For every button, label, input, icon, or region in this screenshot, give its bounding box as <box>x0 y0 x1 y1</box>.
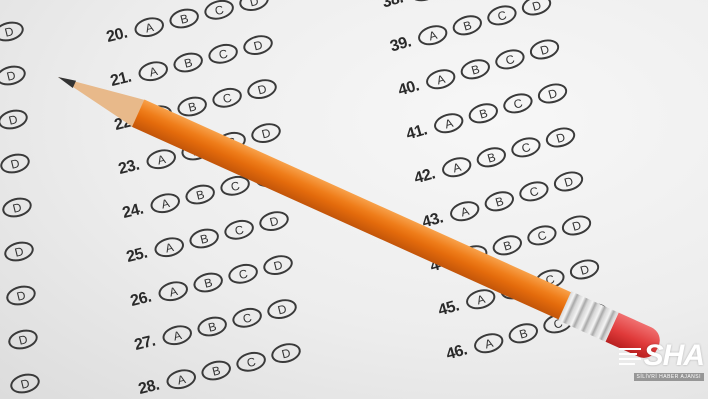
answer-bubble-c[interactable]: C <box>206 41 240 67</box>
answer-bubble-a[interactable]: A <box>164 366 198 392</box>
question-number: 23. <box>102 156 141 182</box>
speed-lines-icon <box>619 348 641 365</box>
answer-bubble-c[interactable]: C <box>509 134 543 161</box>
answer-bubble-d[interactable]: D <box>249 120 283 146</box>
answer-bubble-b[interactable]: B <box>171 50 205 76</box>
answer-bubble-d[interactable]: D <box>0 63 28 89</box>
answer-bubble-c[interactable]: C <box>485 2 519 29</box>
question-number: 39. <box>374 33 414 60</box>
answer-bubble-b[interactable]: B <box>466 100 500 127</box>
answer-bubble-d[interactable]: D <box>241 32 275 58</box>
question-number: 40. <box>382 77 422 104</box>
answer-bubble-c[interactable]: C <box>226 261 260 287</box>
answer-bubble-d[interactable]: D <box>2 239 36 265</box>
answer-bubble-d[interactable]: D <box>519 0 553 19</box>
answer-bubble-a[interactable]: A <box>136 58 170 84</box>
answer-bubble-c[interactable]: C <box>525 222 559 249</box>
answer-bubble-b[interactable]: B <box>199 358 233 384</box>
question-number: 20. <box>90 24 129 50</box>
answer-bubble-a[interactable]: A <box>156 278 190 304</box>
answer-bubble-b[interactable]: B <box>458 56 492 83</box>
answer-bubble-a[interactable]: A <box>440 154 474 181</box>
answer-bubble-b[interactable]: B <box>474 144 508 171</box>
answer-bubble-c[interactable]: C <box>222 217 256 243</box>
answer-bubble-a[interactable]: A <box>144 146 178 172</box>
answer-bubble-b[interactable]: B <box>490 232 524 259</box>
answer-bubble-a[interactable]: A <box>160 322 194 348</box>
answer-bubble-b[interactable]: B <box>482 188 516 215</box>
answer-bubble-c[interactable]: C <box>234 349 268 375</box>
answer-bubble-c[interactable]: C <box>517 178 551 205</box>
answer-bubble-d[interactable]: D <box>527 36 561 63</box>
watermark: SHA SİLİVRİ HABER AJANSI <box>619 339 704 381</box>
answer-bubble-b[interactable]: B <box>167 6 201 32</box>
answer-bubble-d[interactable]: D <box>261 252 295 278</box>
answer-bubble-a[interactable]: A <box>424 66 458 93</box>
answer-bubble-a[interactable]: A <box>448 198 482 225</box>
answer-bubble-d[interactable]: D <box>0 19 26 45</box>
answer-bubble-d[interactable]: D <box>567 256 601 283</box>
question-number: 45. <box>422 297 462 324</box>
question-number: 27. <box>118 332 157 358</box>
answer-bubble-d[interactable]: D <box>257 208 291 234</box>
answer-bubble-d[interactable]: D <box>559 212 593 239</box>
answer-bubble-c[interactable]: C <box>230 305 264 331</box>
answer-bubble-c[interactable]: C <box>210 85 244 111</box>
question-number: 46. <box>430 341 470 368</box>
question-number: 42. <box>398 165 438 192</box>
answer-bubble-a[interactable]: A <box>416 22 450 49</box>
answer-bubble-c[interactable]: C <box>501 90 535 117</box>
answer-bubble-a[interactable]: A <box>408 0 442 5</box>
question-number: 38. <box>366 0 406 16</box>
answer-bubble-d[interactable]: D <box>237 0 271 14</box>
question-number: 24. <box>106 200 145 226</box>
answer-bubble-d[interactable]: D <box>6 327 40 353</box>
answer-bubble-d[interactable]: D <box>4 283 38 309</box>
answer-bubble-d[interactable]: D <box>0 107 30 133</box>
answer-bubble-b[interactable]: B <box>195 314 229 340</box>
question-number: 25. <box>110 244 149 270</box>
answer-bubble-a[interactable]: A <box>148 190 182 216</box>
answer-bubble-b[interactable]: B <box>450 12 484 39</box>
answer-bubble-b[interactable]: B <box>506 320 540 347</box>
answer-bubble-d[interactable]: D <box>0 151 32 177</box>
answer-bubble-b[interactable]: B <box>187 226 221 252</box>
answer-bubble-a[interactable]: A <box>472 330 506 357</box>
question-number: 26. <box>114 288 153 314</box>
answer-bubble-a[interactable]: A <box>432 110 466 137</box>
answer-bubble-b[interactable]: B <box>183 182 217 208</box>
answer-bubble-d[interactable]: D <box>245 76 279 102</box>
watermark-logo: SHA <box>644 339 704 373</box>
answer-bubble-c[interactable]: C <box>493 46 527 73</box>
answer-bubble-b[interactable]: B <box>191 270 225 296</box>
question-number: 41. <box>390 121 430 148</box>
answer-bubble-d[interactable]: D <box>8 371 42 397</box>
watermark-subtitle: SİLİVRİ HABER AJANSI <box>634 373 704 381</box>
answer-bubble-d[interactable]: D <box>265 296 299 322</box>
answer-bubble-d[interactable]: D <box>543 124 577 151</box>
answer-bubble-d[interactable]: D <box>551 168 585 195</box>
answer-bubble-a[interactable]: A <box>132 14 166 40</box>
question-number: 28. <box>122 376 161 399</box>
answer-bubble-d[interactable]: D <box>535 80 569 107</box>
answer-bubble-a[interactable]: A <box>152 234 186 260</box>
answer-bubble-c[interactable]: C <box>202 0 236 23</box>
answer-bubble-d[interactable]: D <box>0 195 34 221</box>
answer-bubble-d[interactable]: D <box>269 340 303 366</box>
answer-sheet-photo: 20.ABCD21.ABCD22.ABCD23.ABCD24.ABCD25.AB… <box>0 0 708 399</box>
